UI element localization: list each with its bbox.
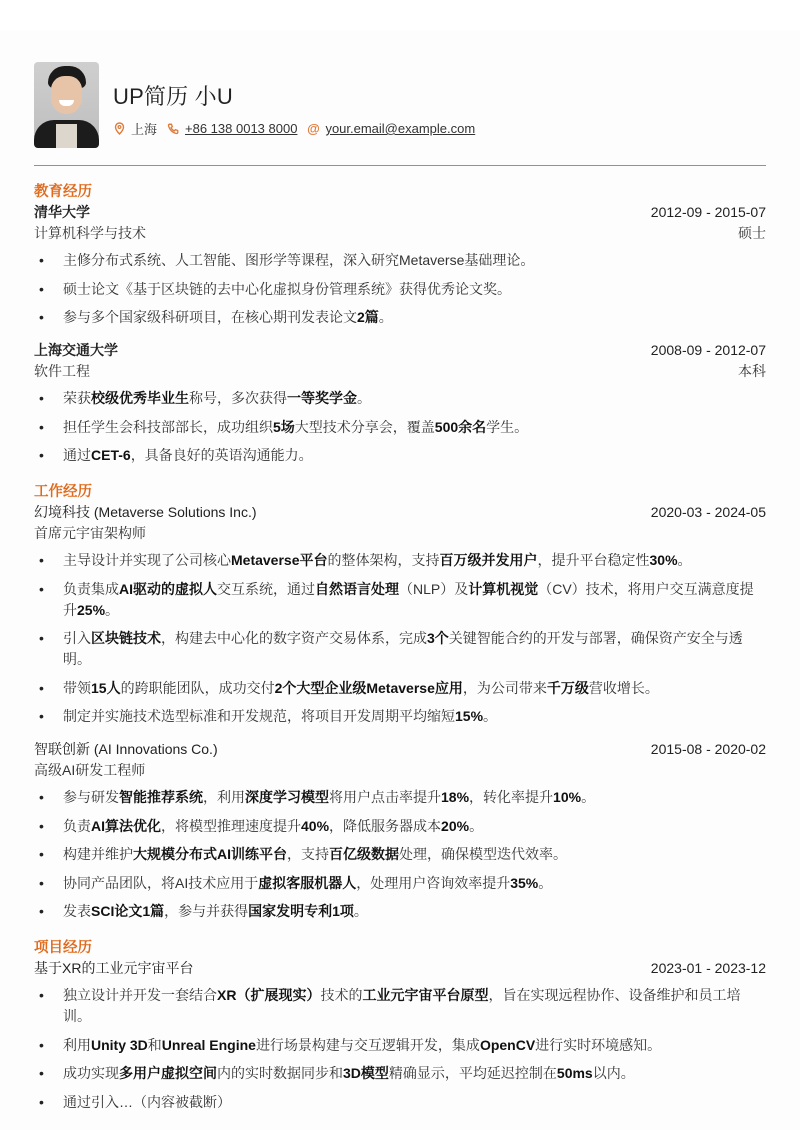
bullet-item: 构建并维护大规模分布式AI训练平台，支持百亿级数据处理，确保模型迭代效率。	[34, 844, 766, 865]
bullet-list: 主修分布式系统、人工智能、图形学等课程，深入研究Metaverse基础理论。硕士…	[34, 250, 766, 328]
major: 软件工程	[34, 361, 90, 382]
bullet-list: 主导设计并实现了公司核心Metaverse平台的整体架构，支持百万级并发用户，提…	[34, 550, 766, 727]
bullet-item: 参与多个国家级科研项目，在核心期刊发表论文2篇。	[34, 307, 766, 328]
work-entry: 幻境科技 (Metaverse Solutions Inc.) 2020-03 …	[34, 502, 766, 727]
top-margin	[0, 0, 800, 30]
degree: 硕士	[738, 223, 766, 244]
bullet-item: 硕士论文《基于区块链的去中心化虚拟身份管理系统》获得优秀论文奖。	[34, 279, 766, 300]
bullet-item: 制定并实施技术选型标准和开发规范，将项目开发周期平均缩短15%。	[34, 706, 766, 727]
company-name: 智联创新 (AI Innovations Co.)	[34, 739, 218, 760]
entry-date: 2015-08 - 2020-02	[651, 739, 766, 760]
email-link[interactable]: your.email@example.com	[325, 121, 475, 136]
bullet-list: 独立设计并开发一套结合XR（扩展现实）技术的工业元宇宙平台原型，旨在实现远程协作…	[34, 985, 766, 1113]
location-text: 上海	[131, 119, 157, 138]
bullet-item: 主导设计并实现了公司核心Metaverse平台的整体架构，支持百万级并发用户，提…	[34, 550, 766, 571]
contact-phone[interactable]: +86 138 0013 8000	[167, 121, 297, 136]
bullet-list: 参与研发智能推荐系统，利用深度学习模型将用户点击率提升18%，转化率提升10%。…	[34, 787, 766, 922]
section-work: 工作经历 幻境科技 (Metaverse Solutions Inc.) 202…	[34, 482, 766, 922]
bullet-item: 通过引入…（内容被截断）	[34, 1092, 766, 1113]
phone-link[interactable]: +86 138 0013 8000	[185, 121, 297, 136]
bullet-item: 带领15人的跨职能团队，成功交付2个大型企业级Metaverse应用，为公司带来…	[34, 678, 766, 699]
education-entry: 上海交通大学 2008-09 - 2012-07 软件工程 本科 荣获校级优秀毕…	[34, 340, 766, 466]
bullet-item: 发表SCI论文1篇，参与并获得国家发明专利1项。	[34, 901, 766, 922]
entry-date: 2023-01 - 2023-12	[651, 958, 766, 979]
section-title-projects: 项目经历	[34, 938, 766, 958]
contact-list: 上海 +86 138 0013 8000 @ your.email@exampl…	[113, 119, 485, 138]
phone-icon	[167, 123, 179, 135]
resume-header: UP简历 小U 上海 +86 138 0013 8000 @ your.em	[34, 30, 766, 165]
section-title-education: 教育经历	[34, 182, 766, 202]
education-entry: 清华大学 2012-09 - 2015-07 计算机科学与技术 硕士 主修分布式…	[34, 202, 766, 328]
project-name: 基于XR的工业元宇宙平台	[34, 958, 193, 979]
header-divider	[34, 165, 766, 166]
section-title-work: 工作经历	[34, 482, 766, 502]
major: 计算机科学与技术	[34, 223, 146, 244]
bullet-item: 负责集成AI驱动的虚拟人交互系统，通过自然语言处理（NLP）及计算机视觉（CV）…	[34, 579, 766, 621]
job-role: 高级AI研发工程师	[34, 760, 145, 781]
entry-date: 2012-09 - 2015-07	[651, 202, 766, 223]
bullet-item: 成功实现多用户虚拟空间内的实时数据同步和3D模型精确显示，平均延迟控制在50ms…	[34, 1063, 766, 1084]
school-name: 清华大学	[34, 202, 90, 223]
school-name: 上海交通大学	[34, 340, 118, 361]
contact-location: 上海	[113, 119, 157, 138]
work-entry: 智联创新 (AI Innovations Co.) 2015-08 - 2020…	[34, 739, 766, 922]
contact-email[interactable]: @ your.email@example.com	[307, 121, 475, 136]
company-name: 幻境科技 (Metaverse Solutions Inc.)	[34, 502, 257, 523]
bullet-item: 参与研发智能推荐系统，利用深度学习模型将用户点击率提升18%，转化率提升10%。	[34, 787, 766, 808]
bullet-item: 独立设计并开发一套结合XR（扩展现实）技术的工业元宇宙平台原型，旨在实现远程协作…	[34, 985, 766, 1027]
avatar	[34, 62, 99, 148]
bullet-item: 负责AI算法优化，将模型推理速度提升40%，降低服务器成本20%。	[34, 816, 766, 837]
bullet-item: 通过CET-6，具备良好的英语沟通能力。	[34, 445, 766, 466]
location-pin-icon	[113, 122, 125, 135]
entry-date: 2020-03 - 2024-05	[651, 502, 766, 523]
job-role: 首席元宇宙架构师	[34, 523, 146, 544]
resume-page: UP简历 小U 上海 +86 138 0013 8000 @ your.em	[0, 30, 800, 1130]
section-education: 教育经历 清华大学 2012-09 - 2015-07 计算机科学与技术 硕士 …	[34, 182, 766, 466]
bullet-item: 协同产品团队，将AI技术应用于虚拟客服机器人，处理用户咨询效率提升35%。	[34, 873, 766, 894]
bullet-item: 荣获校级优秀毕业生称号，多次获得一等奖学金。	[34, 388, 766, 409]
bullet-list: 荣获校级优秀毕业生称号，多次获得一等奖学金。担任学生会科技部部长，成功组织5场大…	[34, 388, 766, 466]
degree: 本科	[738, 361, 766, 382]
bullet-item: 担任学生会科技部部长，成功组织5场大型技术分享会，覆盖500余名学生。	[34, 417, 766, 438]
bullet-item: 主修分布式系统、人工智能、图形学等课程，深入研究Metaverse基础理论。	[34, 250, 766, 271]
at-sign-icon: @	[307, 121, 319, 136]
candidate-name: UP简历 小U	[113, 80, 485, 111]
entry-date: 2008-09 - 2012-07	[651, 340, 766, 361]
header-info: UP简历 小U 上海 +86 138 0013 8000 @ your.em	[113, 62, 485, 138]
section-projects: 项目经历 基于XR的工业元宇宙平台 2023-01 - 2023-12 独立设计…	[34, 938, 766, 1113]
project-entry: 基于XR的工业元宇宙平台 2023-01 - 2023-12 独立设计并开发一套…	[34, 958, 766, 1113]
bullet-item: 引入区块链技术，构建去中心化的数字资产交易体系，完成3个关键智能合约的开发与部署…	[34, 628, 766, 670]
bullet-item: 利用Unity 3D和Unreal Engine进行场景构建与交互逻辑开发，集成…	[34, 1035, 766, 1056]
